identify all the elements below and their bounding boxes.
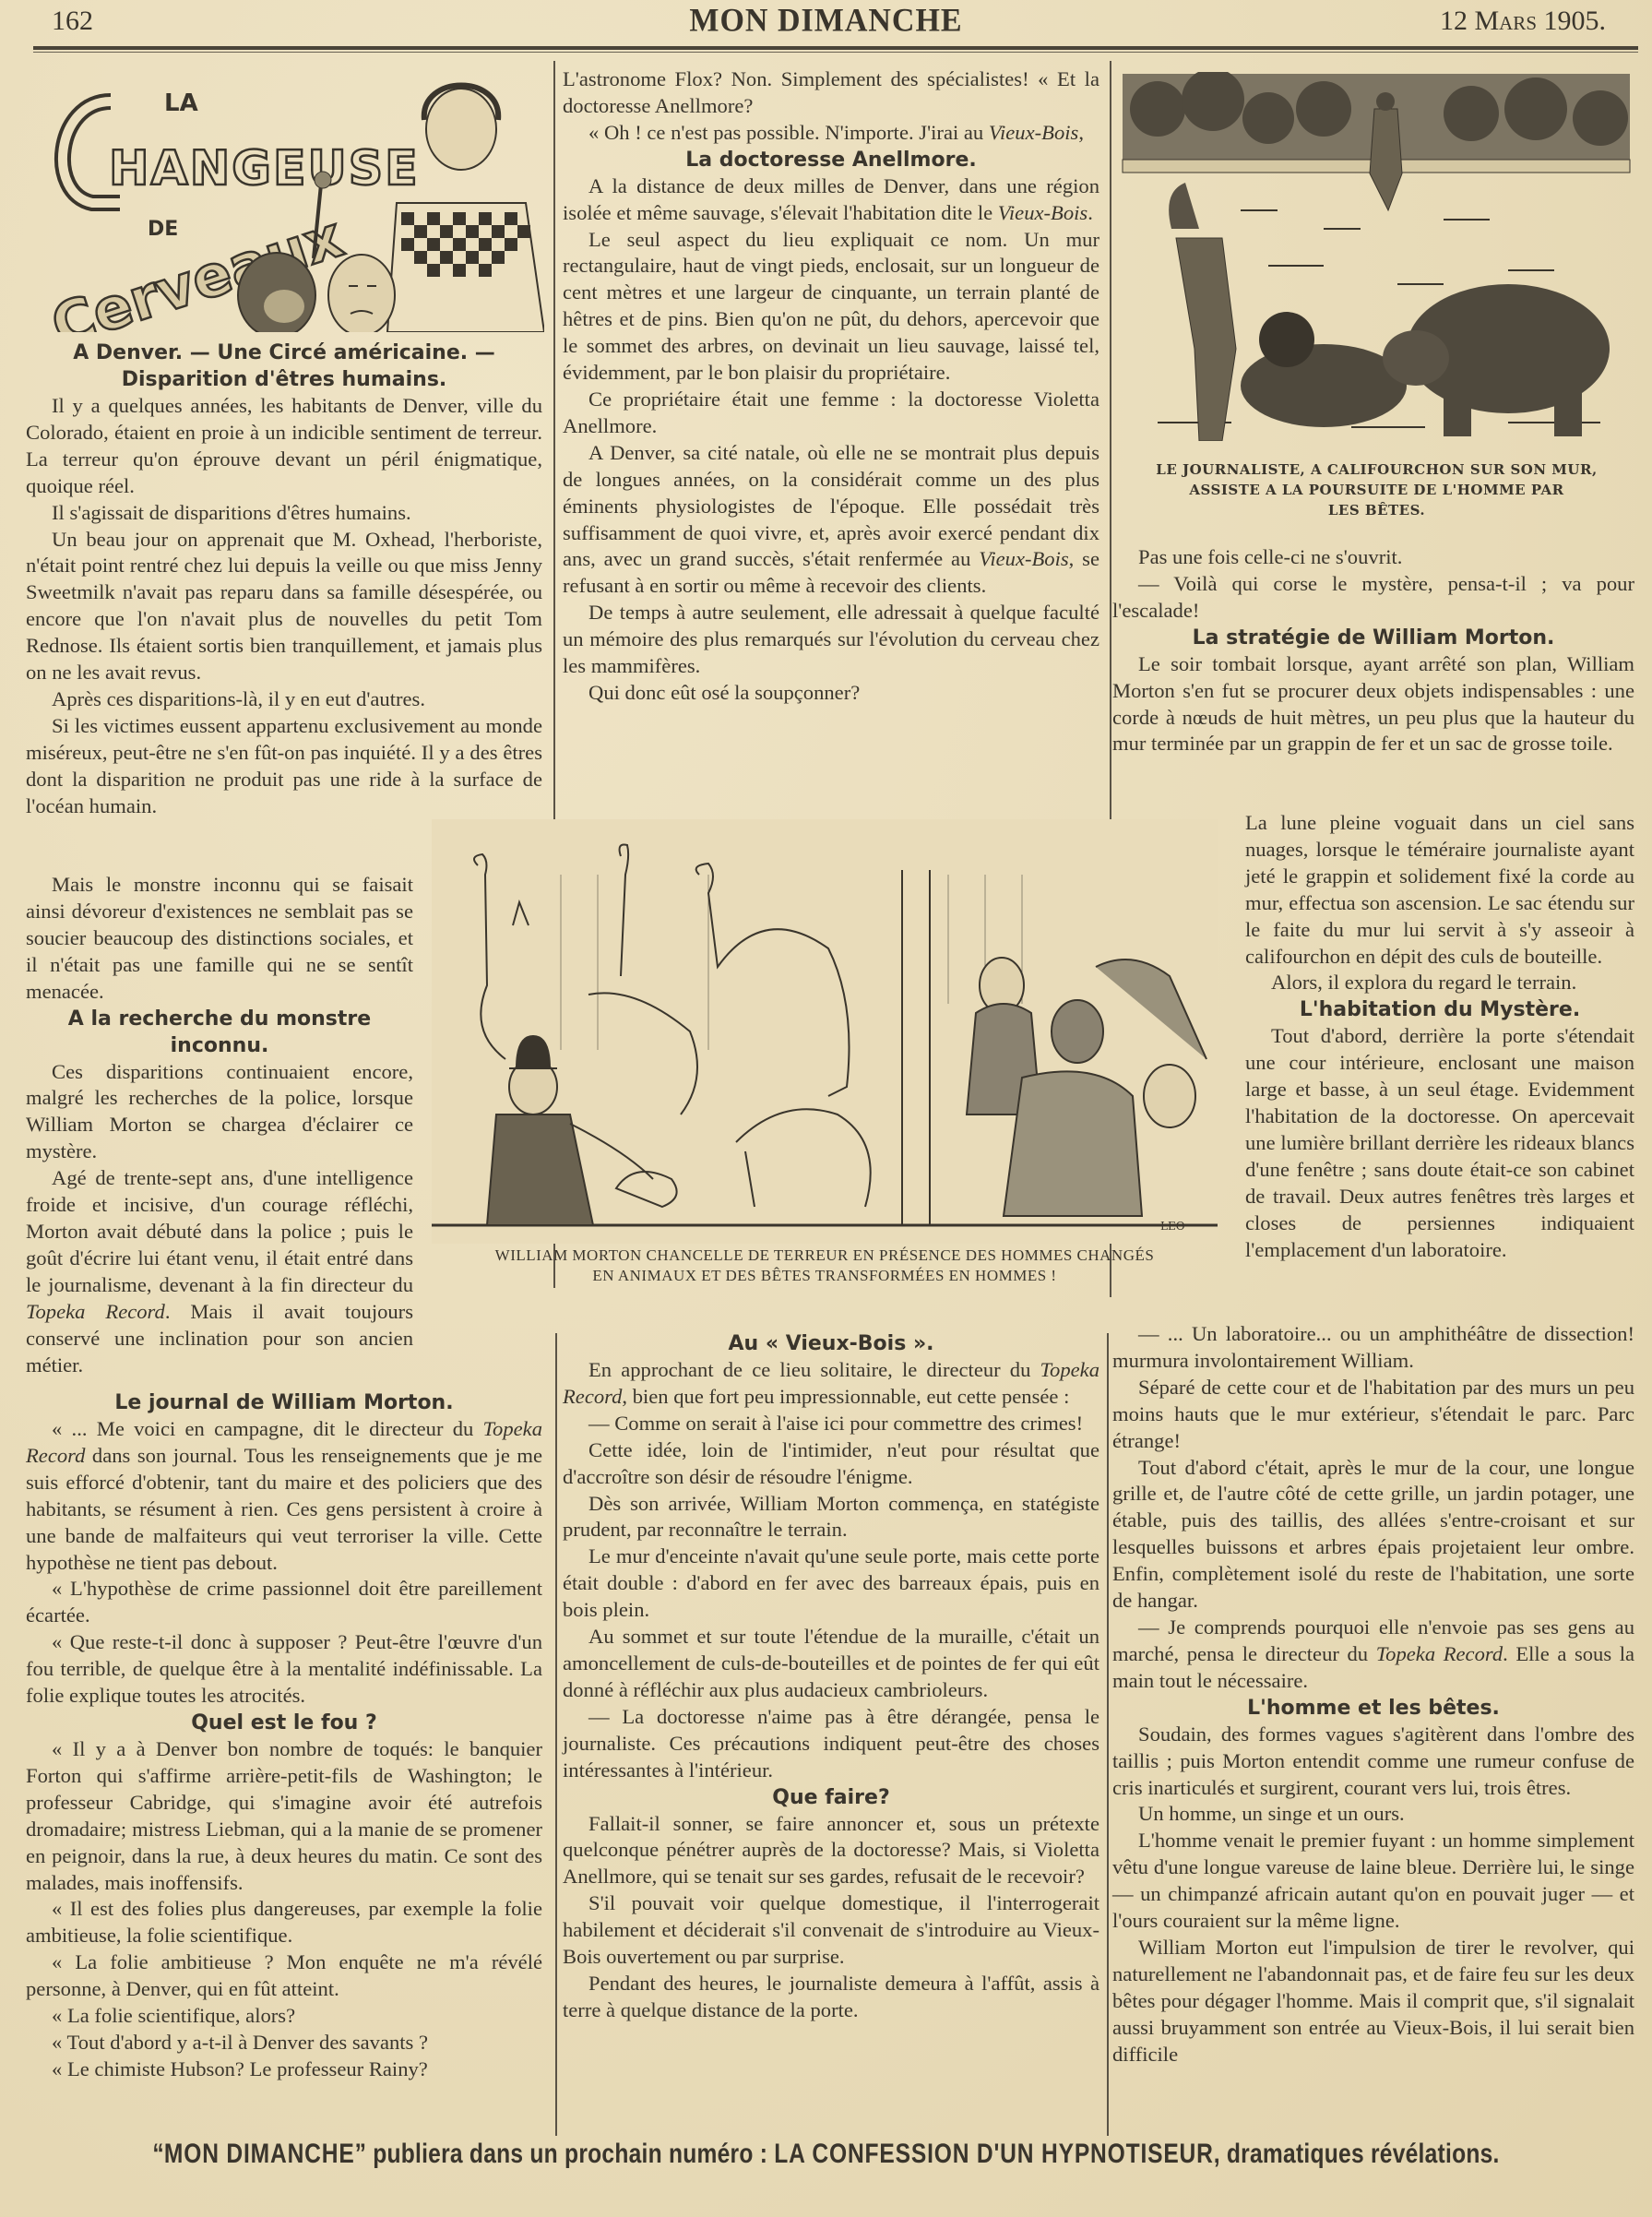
paragraph: Ce propriétaire était une femme : la doc… xyxy=(563,387,1099,440)
section-heading: L'homme et les bêtes. xyxy=(1112,1695,1634,1722)
publication-name: Topeka Record xyxy=(1376,1642,1503,1665)
paragraph: A la distance de deux milles de Denver, … xyxy=(563,173,1099,227)
changeuse-de-cerveaux-artwork: LA HANGEUSE DE Cerveaux xyxy=(28,65,544,332)
paragraph: Mais le monstre inconnu qui se faisait a… xyxy=(26,872,413,1006)
right-illustration-caption: LE JOURNALISTE, A CALIFOURCHON SUR SON M… xyxy=(1116,459,1637,520)
article-column-1-lower: Le journal de William Morton. « ... Me v… xyxy=(26,1389,542,2083)
place-name: Vieux-Bois xyxy=(989,121,1078,144)
paragraph: — Comme on serait à l'aise ici pour comm… xyxy=(563,1411,1099,1437)
section-heading: Le journal de William Morton. xyxy=(26,1389,542,1416)
article-column-3: Pas une fois celle-ci ne s'ouvrit. — Voi… xyxy=(1112,544,1634,757)
section-heading: Quel est le fou ? xyxy=(26,1710,542,1736)
paragraph: Si les victimes eussent appartenu exclus… xyxy=(26,713,542,820)
paragraph: Pas une fois celle-ci ne s'ouvrit. xyxy=(1112,544,1634,571)
paragraph: Fallait-il sonner, se faire annoncer et,… xyxy=(563,1811,1099,1891)
paragraph: Agé de trente-sept ans, d'une intelligen… xyxy=(26,1165,413,1378)
paragraph: Le mur d'enceinte n'avait qu'une seule p… xyxy=(563,1544,1099,1624)
paragraph: « L'hypothèse de crime passionnel doit ê… xyxy=(26,1576,542,1629)
paragraph: Pendant des heures, le journaliste demeu… xyxy=(563,1971,1099,2024)
paragraph: S'il pouvait voir quelque domestique, il… xyxy=(563,1890,1099,1971)
paragraph: — La doctoresse n'aime pas à être dérang… xyxy=(563,1704,1099,1784)
paragraph: Il s'agissait de disparitions d'êtres hu… xyxy=(26,500,542,527)
svg-text:DE: DE xyxy=(148,218,178,241)
issue-date: 12 Mars 1905. xyxy=(1440,6,1606,37)
paragraph: Séparé de cette cour et de l'habitation … xyxy=(1112,1375,1634,1455)
paragraph: En approchant de ce lieu solitaire, le d… xyxy=(563,1357,1099,1411)
center-illustration-caption: WILLIAM MORTON CHANCELLE DE TERREUR EN P… xyxy=(432,1246,1218,1286)
paragraph: — ... Un laboratoire... ou un amphithéât… xyxy=(1112,1321,1634,1375)
masthead: 162 MON DIMANCHE 12 Mars 1905. xyxy=(0,0,1652,44)
section-heading: Au « Vieux-Bois ». xyxy=(563,1330,1099,1357)
section-heading: A Denver. — Une Circé américaine. — Disp… xyxy=(26,340,542,393)
newspaper-title: MON DIMANCHE xyxy=(0,3,1652,40)
section-heading: Que faire? xyxy=(563,1784,1099,1811)
title-illustration: LA HANGEUSE DE Cerveaux xyxy=(28,65,544,332)
wall-man-chimp-bear-artwork xyxy=(1121,72,1633,441)
paragraph: De temps à autre seulement, elle adressa… xyxy=(563,600,1099,680)
paragraph: A Denver, sa cité natale, où elle ne se … xyxy=(563,440,1099,600)
paragraph: Un homme, un singe et un ours. xyxy=(1112,1801,1634,1828)
paragraph: Au sommet et sur toute l'étendue de la m… xyxy=(563,1624,1099,1704)
section-heading: La stratégie de William Morton. xyxy=(1112,625,1634,651)
place-name: Vieux-Bois xyxy=(979,547,1068,570)
paragraph: Qui donc eût osé la soupçonner? xyxy=(563,680,1099,707)
paragraph: « La folie scientifique, alors? xyxy=(26,2003,542,2030)
paragraph: L'astronome Flox? Non. Simplement des sp… xyxy=(563,66,1099,120)
paragraph: Le soir tombait lorsque, ayant arrêté so… xyxy=(1112,651,1634,758)
paragraph: Ces disparitions continuaient encore, ma… xyxy=(26,1059,413,1166)
paragraph: Dès son arrivée, William Morton commença… xyxy=(563,1491,1099,1544)
svg-text:HANGEUSE: HANGEUSE xyxy=(109,141,420,197)
column-divider xyxy=(1107,1333,1109,2136)
article-column-3-lower: — ... Un laboratoire... ou un amphithéât… xyxy=(1112,1321,1634,2068)
paragraph: « Tout d'abord y a-t-il à Denver des sav… xyxy=(26,2030,542,2056)
right-illustration xyxy=(1121,72,1633,441)
paragraph: William Morton eut l'impulsion de tirer … xyxy=(1112,1935,1634,2068)
next-story-title: LA CONFESSION D'UN HYPNOTISEUR xyxy=(774,2139,1213,2169)
paragraph: Soudain, des formes vagues s'agitèrent d… xyxy=(1112,1722,1634,1802)
article-column-2-lower: Au « Vieux-Bois ». En approchant de ce l… xyxy=(563,1330,1099,2024)
paragraph: — Je comprends pourquoi elle n'envoie pa… xyxy=(1112,1615,1634,1695)
paragraph: « Il est des folies plus dangereuses, pa… xyxy=(26,1896,542,1949)
article-column-1-narrow: Mais le monstre inconnu qui se faisait a… xyxy=(26,872,413,1378)
paragraph: « Il y a à Denver bon nombre de toqués: … xyxy=(26,1736,542,1896)
section-heading: L'habitation du Mystère. xyxy=(1245,996,1634,1023)
article-column-3-narrow: La lune pleine voguait dans un ciel sans… xyxy=(1245,810,1634,1264)
paragraph: Après ces disparitions-là, il y en eut d… xyxy=(26,686,542,713)
article-column-2: L'astronome Flox? Non. Simplement des sp… xyxy=(563,66,1099,707)
article-column-1: A Denver. — Une Circé américaine. — Disp… xyxy=(26,340,542,820)
paragraph: Tout d'abord c'était, après le mur de la… xyxy=(1112,1455,1634,1615)
svg-text:LA: LA xyxy=(164,89,198,117)
paragraph: La lune pleine voguait dans un ciel sans… xyxy=(1245,810,1634,970)
paragraph: « Oh ! ce n'est pas possible. N'importe.… xyxy=(563,120,1099,147)
paragraph: Alors, il explora du regard le terrain. xyxy=(1245,970,1634,996)
paragraph: — Voilà qui corse le mystère, pensa-t-il… xyxy=(1112,571,1634,625)
paragraph: « Le chimiste Hubson? Le professeur Rain… xyxy=(26,2056,542,2083)
section-heading: A la recherche du monstre inconnu. xyxy=(26,1006,413,1059)
center-illustration: LEO xyxy=(432,819,1218,1244)
masthead-rule-thin xyxy=(33,52,1638,53)
paragraph: Il y a quelques années, les habitants de… xyxy=(26,393,542,500)
place-name: Vieux-Bois xyxy=(998,201,1087,224)
paragraph: Tout d'abord, derrière la porte s'étenda… xyxy=(1245,1023,1634,1263)
column-divider xyxy=(555,1333,557,2136)
animals-and-men-artwork: LEO xyxy=(432,819,1218,1244)
paragraph: Le seul aspect du lieu expliquait ce nom… xyxy=(563,227,1099,387)
section-heading: La doctoresse Anellmore. xyxy=(563,147,1099,173)
paragraph: « ... Me voici en campagne, dit le direc… xyxy=(26,1416,542,1576)
svg-text:LEO: LEO xyxy=(1160,1220,1185,1233)
paragraph: Un beau jour on apprenait que M. Oxhead,… xyxy=(26,527,542,686)
next-issue-banner: “MON DIMANCHE” publiera dans un prochain… xyxy=(149,2139,1503,2170)
paragraph: « La folie ambitieuse ? Mon enquête ne m… xyxy=(26,1949,542,2003)
publication-name: Topeka Record xyxy=(26,1300,165,1323)
paragraph: « Que reste-t-il donc à supposer ? Peut-… xyxy=(26,1629,542,1710)
paragraph: L'homme venait le premier fuyant : un ho… xyxy=(1112,1828,1634,1935)
masthead-rule xyxy=(33,46,1638,50)
paragraph: Cette idée, loin de l'intimider, n'eut p… xyxy=(563,1437,1099,1491)
newspaper-name: MON DIMANCHE xyxy=(164,2139,355,2169)
